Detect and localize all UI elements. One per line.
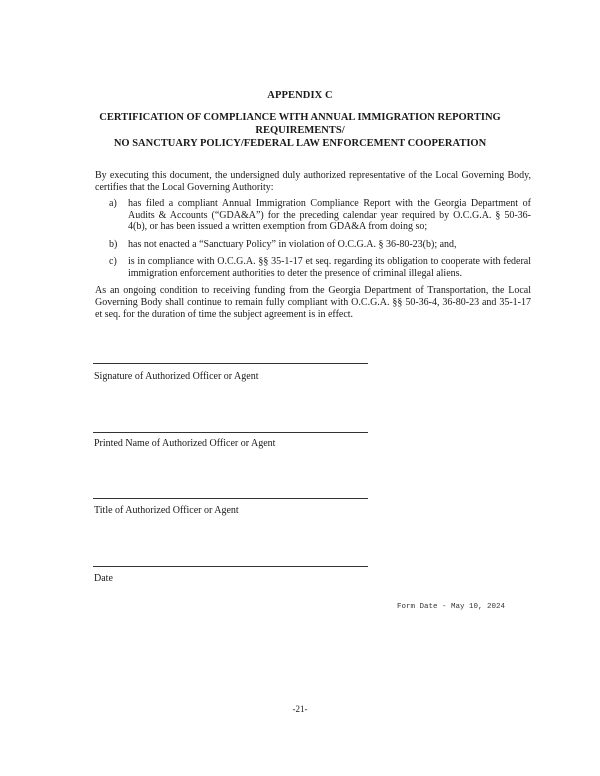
list-item: c) is in compliance with O.C.G.A. §§ 35-…	[95, 256, 531, 279]
title-line-2: NO SANCTUARY POLICY/FEDERAL LAW ENFORCEM…	[60, 137, 540, 150]
printed-name-line[interactable]	[93, 432, 368, 433]
list-marker: a)	[109, 198, 117, 210]
certification-list: a) has filed a compliant Annual Immigrat…	[95, 198, 531, 285]
printed-name-label: Printed Name of Authorized Officer or Ag…	[94, 438, 275, 449]
appendix-heading: APPENDIX C	[0, 90, 600, 101]
list-item-text: has filed a compliant Annual Immigration…	[128, 198, 531, 232]
page-number: -21-	[0, 704, 600, 714]
list-marker: c)	[109, 256, 117, 268]
form-date: Form Date - May 10, 2024	[397, 603, 505, 611]
list-item-text: has not enacted a “Sanctuary Policy” in …	[128, 239, 457, 250]
document-title: CERTIFICATION OF COMPLIANCE WITH ANNUAL …	[60, 111, 540, 150]
title-line-1: CERTIFICATION OF COMPLIANCE WITH ANNUAL …	[60, 111, 540, 137]
list-item-text: is in compliance with O.C.G.A. §§ 35-1-1…	[128, 256, 531, 279]
document-page: APPENDIX C CERTIFICATION OF COMPLIANCE W…	[0, 0, 600, 776]
closing-paragraph: As an ongoing condition to receiving fun…	[95, 285, 531, 321]
date-line[interactable]	[93, 566, 368, 567]
date-label: Date	[94, 573, 113, 584]
list-item: b) has not enacted a “Sanctuary Policy” …	[95, 239, 531, 251]
list-marker: b)	[109, 239, 117, 251]
title-line[interactable]	[93, 498, 368, 499]
list-item: a) has filed a compliant Annual Immigrat…	[95, 198, 531, 233]
signature-line[interactable]	[93, 363, 368, 364]
title-label: Title of Authorized Officer or Agent	[94, 505, 239, 516]
intro-paragraph: By executing this document, the undersig…	[95, 170, 531, 194]
signature-label: Signature of Authorized Officer or Agent	[94, 371, 259, 382]
